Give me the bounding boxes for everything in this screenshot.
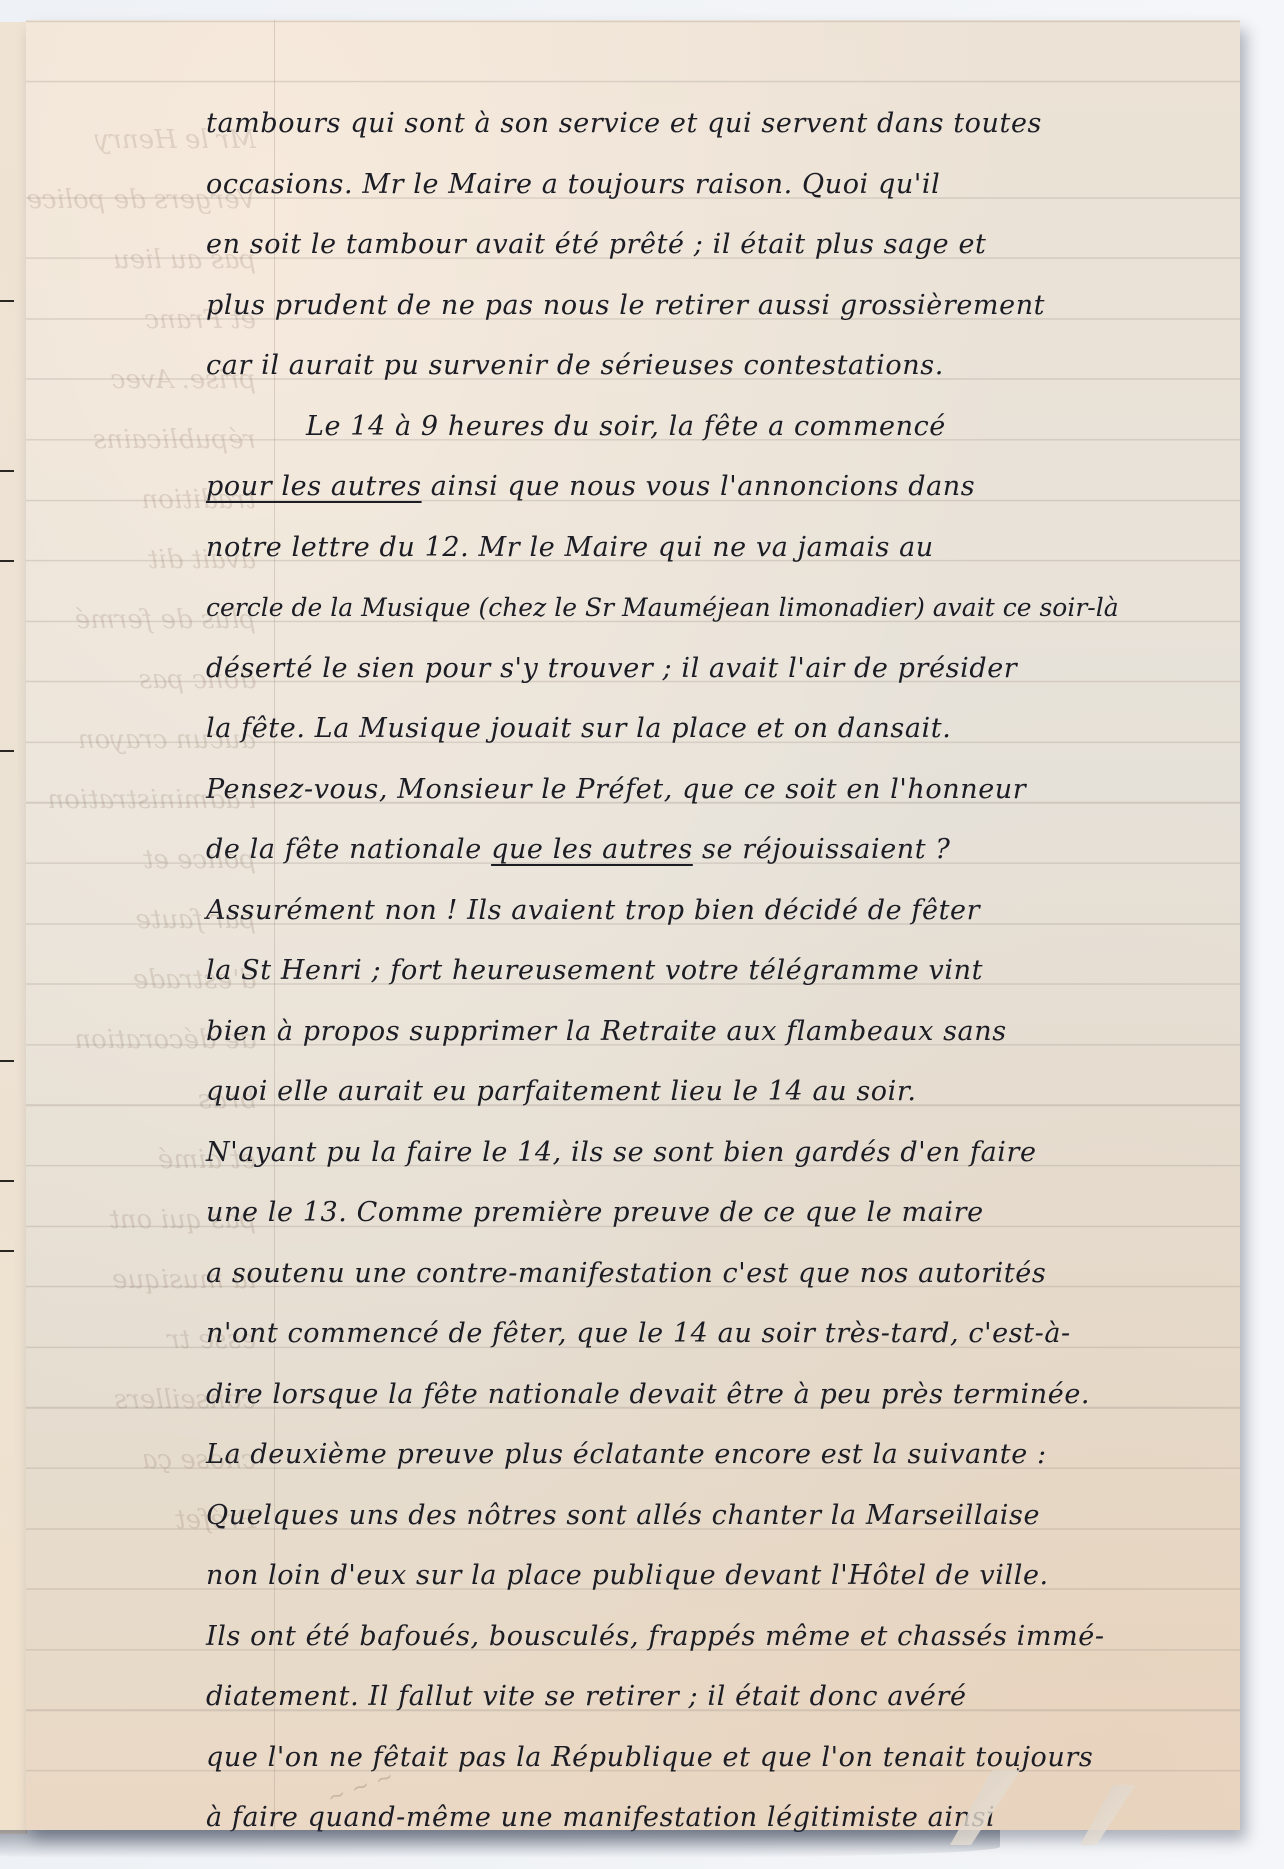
text-line: quoi elle aurait eu parfaitement lieu le…	[206, 1062, 1216, 1123]
text-line: Quelques uns des nôtres sont allés chant…	[206, 1486, 1216, 1547]
text-line: n'ont commencé de fêter, que le 14 au so…	[206, 1304, 1216, 1365]
text-line: déserté le sien pour s'y trouver ; il av…	[206, 639, 1216, 700]
text-line: dire lorsque la fête nationale devait êt…	[206, 1365, 1216, 1426]
text-line: en soit le tambour avait été prêté ; il …	[206, 215, 1216, 276]
text-line: N'ayant pu la faire le 14, ils se sont b…	[206, 1123, 1216, 1184]
margin-ink-mark	[0, 1060, 14, 1062]
text-line: pour les autres ainsi que nous vous l'an…	[206, 457, 1216, 518]
underlined-phrase: que les autres	[491, 834, 693, 865]
text-line: de la fête nationale que les autres se r…	[206, 820, 1216, 881]
text-line: Pensez-vous, Monsieur le Préfet, que ce …	[206, 760, 1216, 821]
text-line: cercle de la Musique (chez le Sr Mauméje…	[206, 578, 1216, 639]
margin-ink-mark	[0, 750, 14, 752]
text-line: tambours qui sont à son service et qui s…	[206, 94, 1216, 155]
text-line: a soutenu une contre-manifestation c'est…	[206, 1244, 1216, 1305]
text-segment: ainsi que nous vous l'annoncions dans	[422, 471, 976, 502]
text-line: une le 13. Comme première preuve de ce q…	[206, 1183, 1216, 1244]
text-segment: se réjouissaient ?	[693, 834, 951, 865]
text-line: plus prudent de ne pas nous le retirer a…	[206, 276, 1216, 337]
margin-ink-mark	[0, 1180, 14, 1182]
page-bottom-shadow	[0, 1830, 1000, 1858]
margin-ink-mark	[0, 300, 14, 302]
handwritten-text-block: tambours qui sont à son service et qui s…	[206, 94, 1216, 1849]
text-line: non loin d'eux sur la place publique dev…	[206, 1546, 1216, 1607]
text-line: car il aurait pu survenir de sérieuses c…	[206, 336, 1216, 397]
text-line: la St Henri ; fort heureusement votre té…	[206, 941, 1216, 1002]
text-line: La deuxième preuve plus éclatante encore…	[206, 1425, 1216, 1486]
text-line: Ils ont été bafoués, bousculés, frappés …	[206, 1607, 1216, 1668]
margin-ink-mark	[0, 560, 14, 562]
text-segment: de la fête nationale	[206, 834, 491, 865]
margin-ink-mark	[0, 1250, 14, 1252]
margin-ink-mark	[0, 470, 14, 472]
text-line: que l'on ne fêtait pas la République et …	[206, 1728, 1216, 1789]
text-line: diatement. Il fallut vite se retirer ; i…	[206, 1667, 1216, 1728]
underlying-page-edge	[0, 22, 27, 1834]
text-line: la fête. La Musique jouait sur la place …	[206, 699, 1216, 760]
text-line: Assurément non ! Ils avaient trop bien d…	[206, 881, 1216, 942]
text-line: occasions. Mr le Maire a toujours raison…	[206, 155, 1216, 216]
text-line: bien à propos supprimer la Retraite aux …	[206, 1002, 1216, 1063]
text-line: notre lettre du 12. Mr le Maire qui ne v…	[206, 518, 1216, 579]
underlined-phrase: pour les autres	[206, 471, 422, 502]
paragraph-start-line: Le 14 à 9 heures du soir, la fête a comm…	[206, 397, 1216, 458]
